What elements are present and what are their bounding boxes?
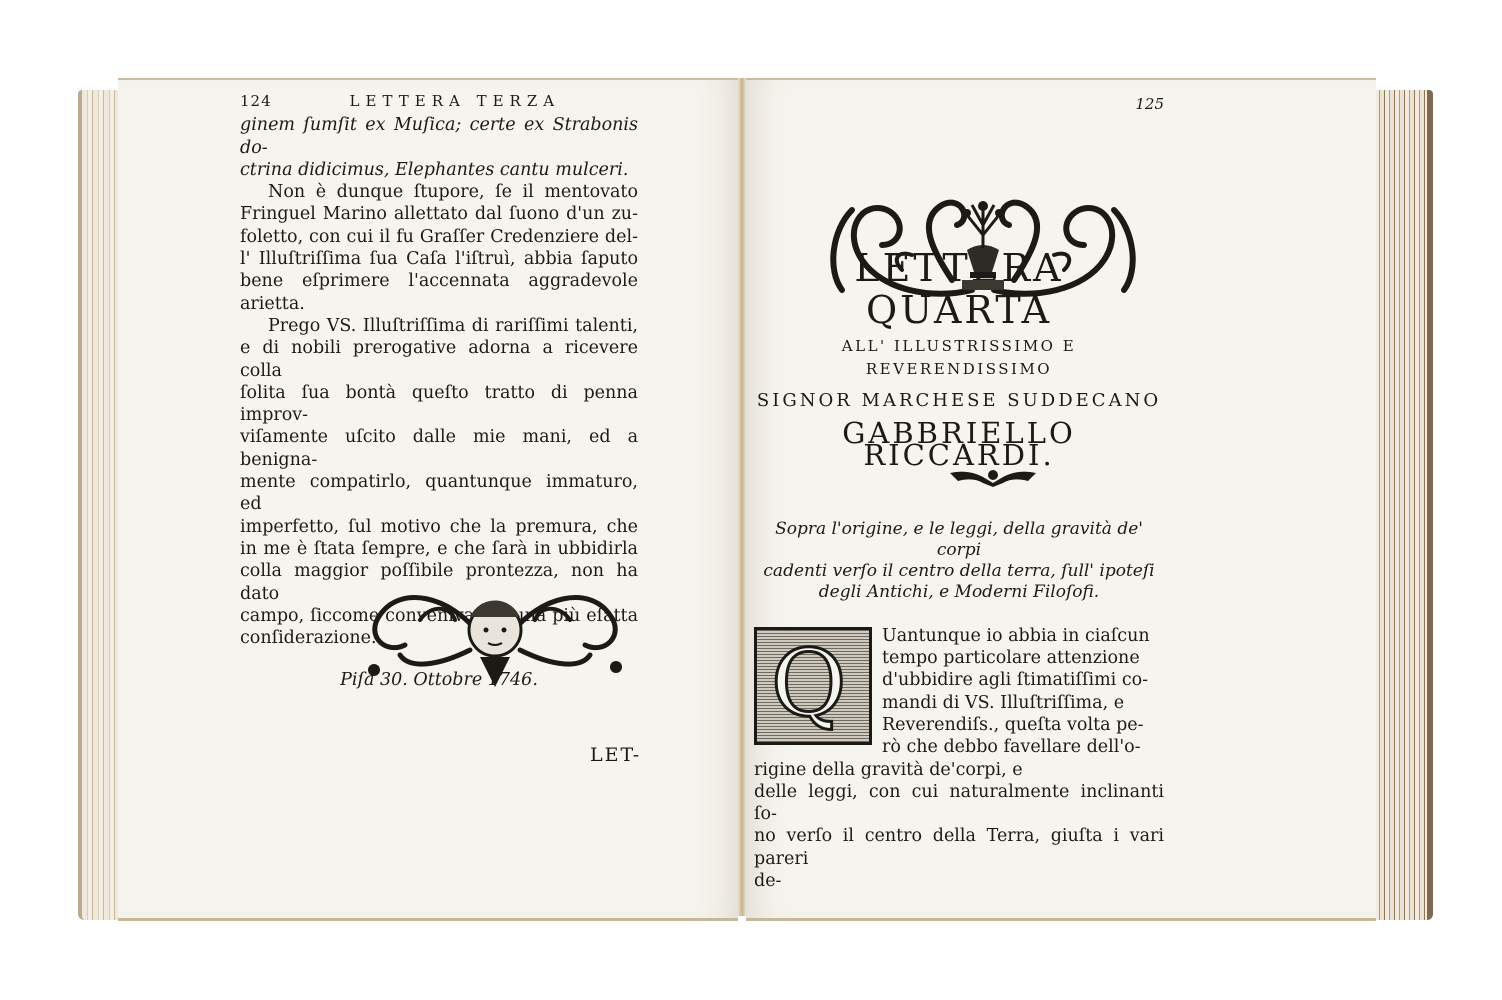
text-line: viſamente uſcito dalle mie mani, ed a be… (240, 426, 638, 471)
running-head-title: LETTERA TERZA (350, 90, 561, 112)
page-number-left: 124 (240, 90, 272, 112)
catchword-right: de- (754, 870, 1164, 892)
ribbon-fleuron-ornament (948, 467, 1038, 489)
letter-body: Q Uantunque io abbia in ciaſcun tempo pa… (754, 625, 1164, 893)
text-line: e di nobili prerogative adorna a ricever… (240, 337, 638, 382)
drop-cap-q: Q (754, 627, 872, 745)
text-line: mente compatirlo, quantunque immaturo, e… (240, 471, 638, 516)
text-line: delle leggi, con cui naturalmente inclin… (754, 781, 1164, 826)
running-head: 124 LETTERA TERZA (240, 90, 638, 112)
dedication-line-2: SIGNOR MARCHESE SUDDECANO (754, 390, 1164, 412)
italic-line: ginem ſumſit ex Muſica; certe ex Strabon… (240, 114, 638, 159)
page-number-right: 125 (754, 93, 1164, 115)
text-line: l' Illuſtriſſima ſua Caſa l'iſtruì, abbi… (240, 248, 638, 270)
floral-vase-headpiece-ornament (822, 190, 1144, 308)
text-line: Prego VS. Illuſtriſſima di rariſſimi tal… (240, 315, 638, 337)
subject-line: Sopra l'origine, e le leggi, della gravi… (754, 519, 1164, 561)
book-gutter (738, 78, 746, 916)
text-line: in me è ſtata ſempre, e che ſarà in ubbi… (240, 538, 638, 560)
paragraph-1: Non è dunque ſtupore, ſe il mentovato Fr… (240, 181, 638, 315)
dedicatee-name: GABBRIELLO RICCARDI. (754, 422, 1164, 467)
text-line: bene eſprimere l'accennata aggradevole a… (240, 270, 638, 315)
text-line: no verſo il centro della Terra, giuſta i… (754, 825, 1164, 870)
text-line: Non è dunque ſtupore, ſe il mentovato (240, 181, 638, 203)
letter-subject: Sopra l'origine, e le leggi, della gravi… (754, 519, 1164, 603)
drop-cap-letter: Q (771, 634, 846, 734)
subject-line: degli Antichi, e Moderni Filoſofi. (754, 582, 1164, 603)
text-line: foletto, con cui il fu Graſſer Credenzie… (240, 226, 638, 248)
dedication-line-1: ALL' ILLUSTRISSIMO E REVERENDISSIMO (754, 335, 1164, 380)
text-line: ſolita ſua bontà queſto tratto di penna … (240, 382, 638, 427)
text-line: Fringuel Marino allettato dal ſuono d'un… (240, 203, 638, 225)
italic-line: ctrina didicimus, Elephantes cantu mulce… (240, 159, 638, 181)
text-line: imperfetto, ſul motivo che la premura, c… (240, 516, 638, 538)
text-line: rigine della gravità de'corpi, e (754, 759, 1164, 781)
subject-line: cadenti verſo il centro della terra, ſul… (754, 561, 1164, 582)
cherub-tailpiece-ornament (360, 575, 630, 690)
